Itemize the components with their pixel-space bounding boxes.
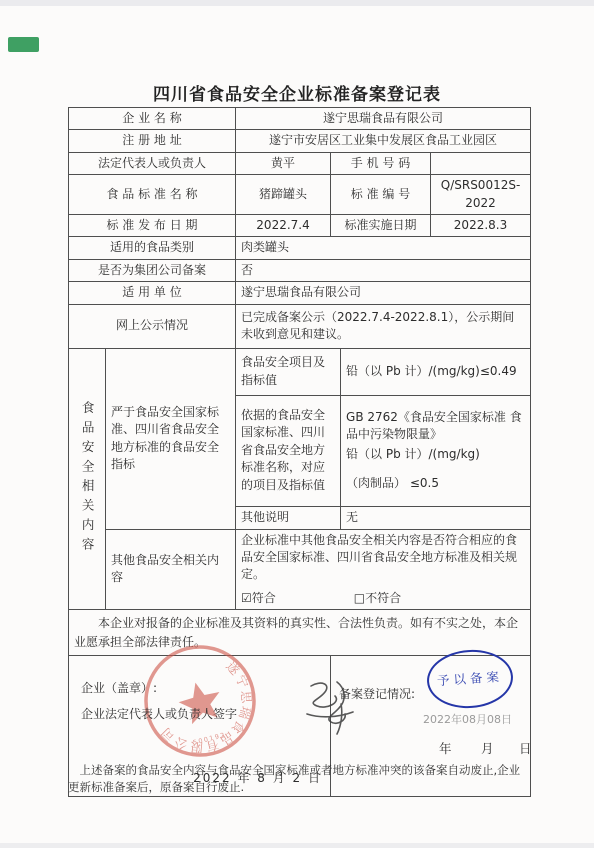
row-food-category: 适用的食品类别 肉类罐头 xyxy=(69,237,531,259)
standard-name-label: 食 品 标 准 名 称 xyxy=(69,175,236,215)
mobile-label: 手 机 号 码 xyxy=(331,152,431,174)
other-note-label: 其他说明 xyxy=(236,506,341,529)
compliance-checkboxes: ☑符合 □不符合 xyxy=(241,590,525,607)
footer-note: 上述备案的食品安全内容与食品安全国家标准或者地方标准冲突的该备案自动废止,企业更… xyxy=(68,762,530,795)
stricter-standard-label: 严于食品安全国家标准、四川省食品安全地方标准的食品安全指标 xyxy=(106,348,236,529)
row-standard-name: 食 品 标 准 名 称 猪蹄罐头 标 准 编 号 Q/SRS0012S-2022 xyxy=(69,175,531,215)
other-content-label: 其他食品安全相关内容 xyxy=(106,529,236,610)
other-note-value: 无 xyxy=(341,506,531,529)
basis-line-2: 铅（以 Pb 计）/(mg/kg) xyxy=(346,446,525,463)
company-red-seal: 遂宁思瑞食品有限公司 500192 xyxy=(141,642,259,760)
row-declaration: 本企业对报备的企业标准及其资料的真实性、合法性负责。如有不实之处，本企业愿承担全… xyxy=(69,610,531,656)
publicity-value: 已完成备案公示（2022.7.4-2022.8.1），公示期间未收到意见和建议。 xyxy=(236,304,531,348)
registration-form-table: 企 业 名 称 遂宁思瑞食品有限公司 注 册 地 址 遂宁市安居区工业集中发展区… xyxy=(68,107,531,797)
green-corner-badge xyxy=(8,37,39,52)
blank-year: 年 xyxy=(439,740,452,758)
row-legal-rep: 法定代表人或负责人 黄平 手 机 号 码 xyxy=(69,152,531,174)
other-content-cell: 企业标准中其他食品安全相关内容是否符合相应的食品安全国家标准、四川省食品安全地方… xyxy=(236,529,531,610)
standard-no-label: 标 准 编 号 xyxy=(331,175,431,215)
registered-address-label: 注 册 地 址 xyxy=(69,130,236,152)
mobile-value xyxy=(431,152,531,174)
rep-sign-label: 企业法定代表人或负责人签字 xyxy=(81,706,237,723)
blank-date-line: 年 月 日 xyxy=(331,740,530,760)
approval-date: 2022年08月08日 xyxy=(423,712,512,728)
approval-blue-stamp: 予以备案 xyxy=(425,647,515,711)
group-filing-value: 否 xyxy=(236,259,531,281)
impl-date-label: 标准实施日期 xyxy=(331,214,431,236)
company-name-value: 遂宁思瑞食品有限公司 xyxy=(236,108,531,130)
row-group-filing: 是否为集团公司备案 否 xyxy=(69,259,531,281)
row-registered-address: 注 册 地 址 遂宁市安居区工业集中发展区食品工业园区 xyxy=(69,130,531,152)
checkbox-conform-checked: ☑符合 xyxy=(241,590,276,607)
publish-date-value: 2022.7.4 xyxy=(236,214,331,236)
food-category-label: 适用的食品类别 xyxy=(69,237,236,259)
legal-rep-label: 法定代表人或负责人 xyxy=(69,152,236,174)
applicable-unit-label: 适 用 单 位 xyxy=(69,282,236,304)
item-indicator-label: 食品安全项目及指标值 xyxy=(236,348,341,395)
basis-label: 依据的食品安全国家标准、四川省食品安全地方标准名称，对应的项目及指标值 xyxy=(236,395,341,506)
basis-line-1: GB 2762《食品安全国家标准 食品中污染物限量》 xyxy=(346,409,525,444)
other-content-question: 企业标准中其他食品安全相关内容是否符合相应的食品安全国家标准、四川省食品安全地方… xyxy=(241,532,525,584)
registration-status-label: 备案登记情况: xyxy=(339,686,415,703)
item-indicator-value: 铅（以 Pb 计）/(mg/kg)≤0.49 xyxy=(341,348,531,395)
publish-date-label: 标 准 发 布 日 期 xyxy=(69,214,236,236)
approval-stamp-text: 予以备案 xyxy=(436,668,503,691)
registered-address-value: 遂宁市安居区工业集中发展区食品工业园区 xyxy=(236,130,531,152)
company-name-label: 企 业 名 称 xyxy=(69,108,236,130)
company-seal-label: 企业（盖章）: xyxy=(81,680,157,697)
svg-text:500192: 500192 xyxy=(192,731,227,747)
row-publicity: 网上公示情况 已完成备案公示（2022.7.4-2022.8.1），公示期间未收… xyxy=(69,304,531,348)
checkbox-nonconform-unchecked: □不符合 xyxy=(354,590,401,607)
food-category-value: 肉类罐头 xyxy=(236,237,531,259)
basis-value: GB 2762《食品安全国家标准 食品中污染物限量》 铅（以 Pb 计）/(mg… xyxy=(341,395,531,506)
declaration-text: 本企业对报备的企业标准及其资料的真实性、合法性负责。如有不实之处，本企业愿承担全… xyxy=(74,614,525,651)
legal-rep-value: 黄平 xyxy=(236,152,331,174)
scan-bottom-strip xyxy=(0,843,594,848)
standard-name-value: 猪蹄罐头 xyxy=(236,175,331,215)
row-safety-item: 食品安全相关内容 严于食品安全国家标准、四川省食品安全地方标准的食品安全指标 食… xyxy=(69,348,531,395)
applicable-unit-value: 遂宁思瑞食品有限公司 xyxy=(236,282,531,304)
impl-date-value: 2022.8.3 xyxy=(431,214,531,236)
basis-line-3: （肉制品） ≤0.5 xyxy=(346,475,525,492)
group-filing-label: 是否为集团公司备案 xyxy=(69,259,236,281)
standard-no-value: Q/SRS0012S-2022 xyxy=(431,175,531,215)
row-applicable-unit: 适 用 单 位 遂宁思瑞食品有限公司 xyxy=(69,282,531,304)
row-dates: 标 准 发 布 日 期 2022.7.4 标准实施日期 2022.8.3 xyxy=(69,214,531,236)
document-title: 四川省食品安全企业标准备案登记表 xyxy=(0,80,594,105)
publicity-label: 网上公示情况 xyxy=(69,304,236,348)
declaration-cell: 本企业对报备的企业标准及其资料的真实性、合法性负责。如有不实之处，本企业愿承担全… xyxy=(69,610,531,656)
blank-month: 月 xyxy=(481,740,494,758)
row-other-content: 其他食品安全相关内容 企业标准中其他食品安全相关内容是否符合相应的食品安全国家标… xyxy=(69,529,531,610)
blank-day: 日 xyxy=(519,740,532,758)
row-company-name: 企 业 名 称 遂宁思瑞食品有限公司 xyxy=(69,108,531,130)
safety-section-side-label: 食品安全相关内容 xyxy=(69,348,106,610)
